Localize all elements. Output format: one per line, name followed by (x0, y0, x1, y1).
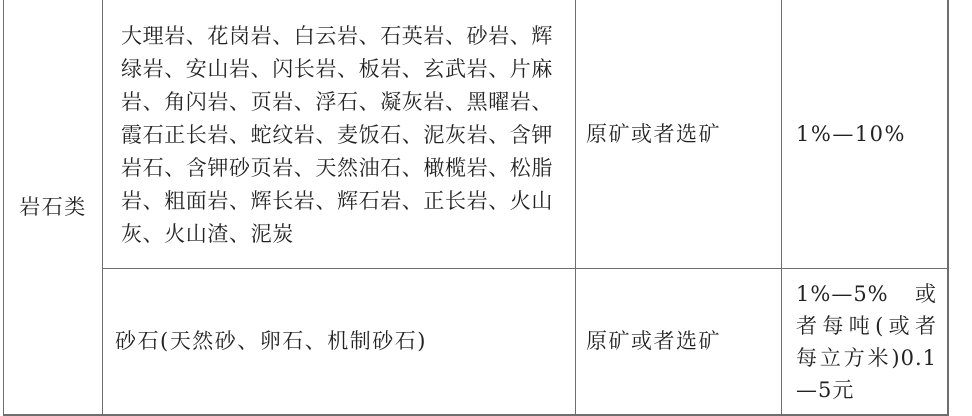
category-cell: 岩石类 (4, 0, 102, 414)
tax-rate-row-1: 1%—10% (796, 118, 906, 151)
rate-cell-row-1: 1%—10% (782, 0, 947, 268)
tax-object-row-2: 原矿或者选矿 (586, 325, 721, 358)
tax-rate-row-2: 1%—5% 或者每吨(或者每立方米)0.1—5元 (796, 278, 937, 406)
mineral-list-row-1: 大理岩、花岗岩、白云岩、石英岩、砂岩、辉绿岩、安山岩、闪长岩、板岩、玄武岩、片麻… (121, 20, 571, 251)
table-border-right (947, 0, 949, 415)
minerals-cell-row-1: 大理岩、花岗岩、白云岩、石英岩、砂岩、辉绿岩、安山岩、闪长岩、板岩、玄武岩、片麻… (103, 0, 575, 268)
minerals-cell-row-2: 砂石(天然砂、卵石、机制砂石) (103, 269, 575, 414)
category-label: 岩石类 (19, 191, 87, 224)
mineral-list-row-2: 砂石(天然砂、卵石、机制砂石) (115, 325, 427, 358)
tax-object-cell-row-2: 原矿或者选矿 (576, 269, 781, 414)
tax-object-row-1: 原矿或者选矿 (586, 118, 721, 151)
rate-cell-row-2: 1%—5% 或者每吨(或者每立方米)0.1—5元 (782, 269, 947, 414)
tax-object-cell-row-1: 原矿或者选矿 (576, 0, 781, 268)
